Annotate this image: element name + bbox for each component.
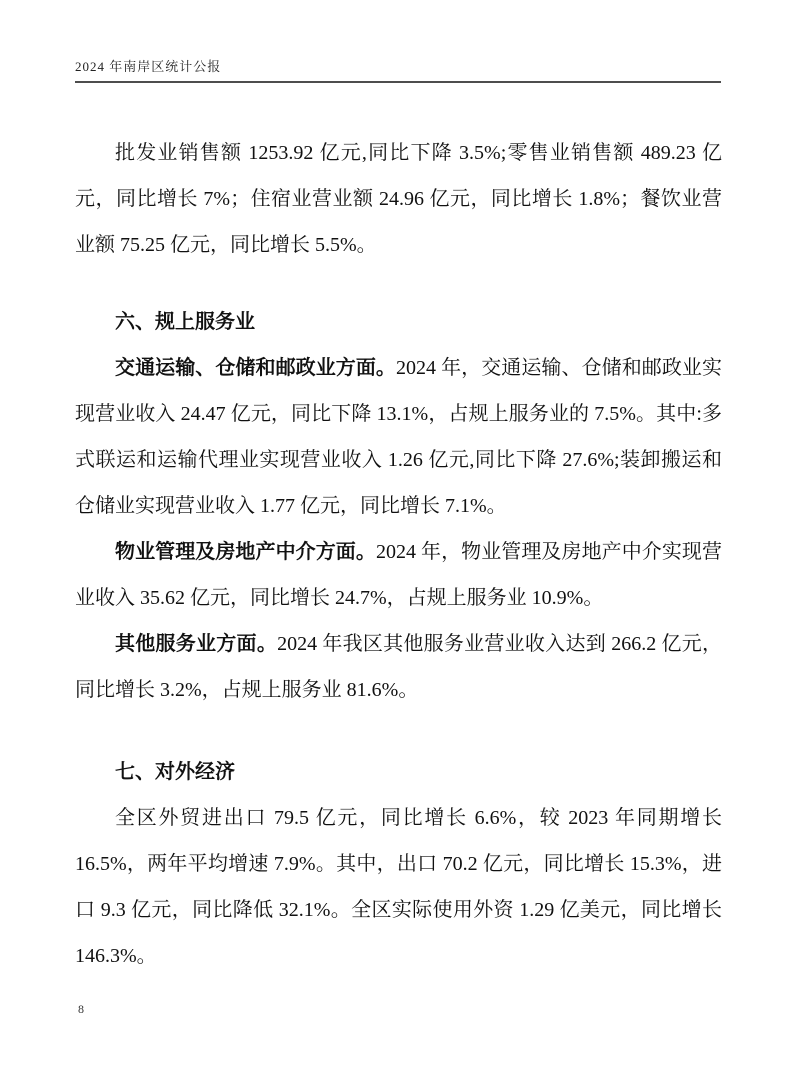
paragraph-transport: 交通运输、仓储和邮政业方面。2024 年，交通运输、仓储和邮政业实现营业收入 2… — [75, 345, 722, 529]
page-number: 8 — [78, 1002, 84, 1016]
paragraph-other-services-lead: 其他服务业方面。 — [115, 633, 277, 655]
paragraph-other-services: 其他服务业方面。2024 年我区其他服务业营业收入达到 266.2 亿元，同比增… — [75, 621, 722, 713]
document-page: 2024 年南岸区统计公报 批发业销售额 1253.92 亿元,同比下降 3.5… — [0, 0, 794, 1078]
paragraph-foreign-trade: 全区外贸进出口 79.5 亿元，同比增长 6.6%，较 2023 年同期增长 1… — [75, 795, 722, 979]
document-body: 批发业销售额 1253.92 亿元,同比下降 3.5%;零售业销售额 489.2… — [75, 130, 722, 979]
running-header: 2024 年南岸区统计公报 — [75, 56, 721, 83]
paragraph-property: 物业管理及房地产中介方面。2024 年，物业管理及房地产中介实现营业收入 35.… — [75, 529, 722, 621]
page-footer: 8 — [78, 1002, 84, 1017]
paragraph-wholesale-retail: 批发业销售额 1253.92 亿元,同比下降 3.5%;零售业销售额 489.2… — [75, 130, 722, 268]
section-heading-foreign-economy: 七、对外经济 — [75, 749, 722, 795]
section-heading-services: 六、规上服务业 — [75, 299, 722, 345]
paragraph-property-lead: 物业管理及房地产中介方面。 — [115, 541, 376, 563]
running-header-title: 2024 年南岸区统计公报 — [75, 59, 221, 74]
paragraph-transport-lead: 交通运输、仓储和邮政业方面。 — [115, 357, 396, 379]
paragraph-transport-body: 2024 年，交通运输、仓储和邮政业实现营业收入 24.47 亿元，同比下降 1… — [75, 357, 722, 517]
